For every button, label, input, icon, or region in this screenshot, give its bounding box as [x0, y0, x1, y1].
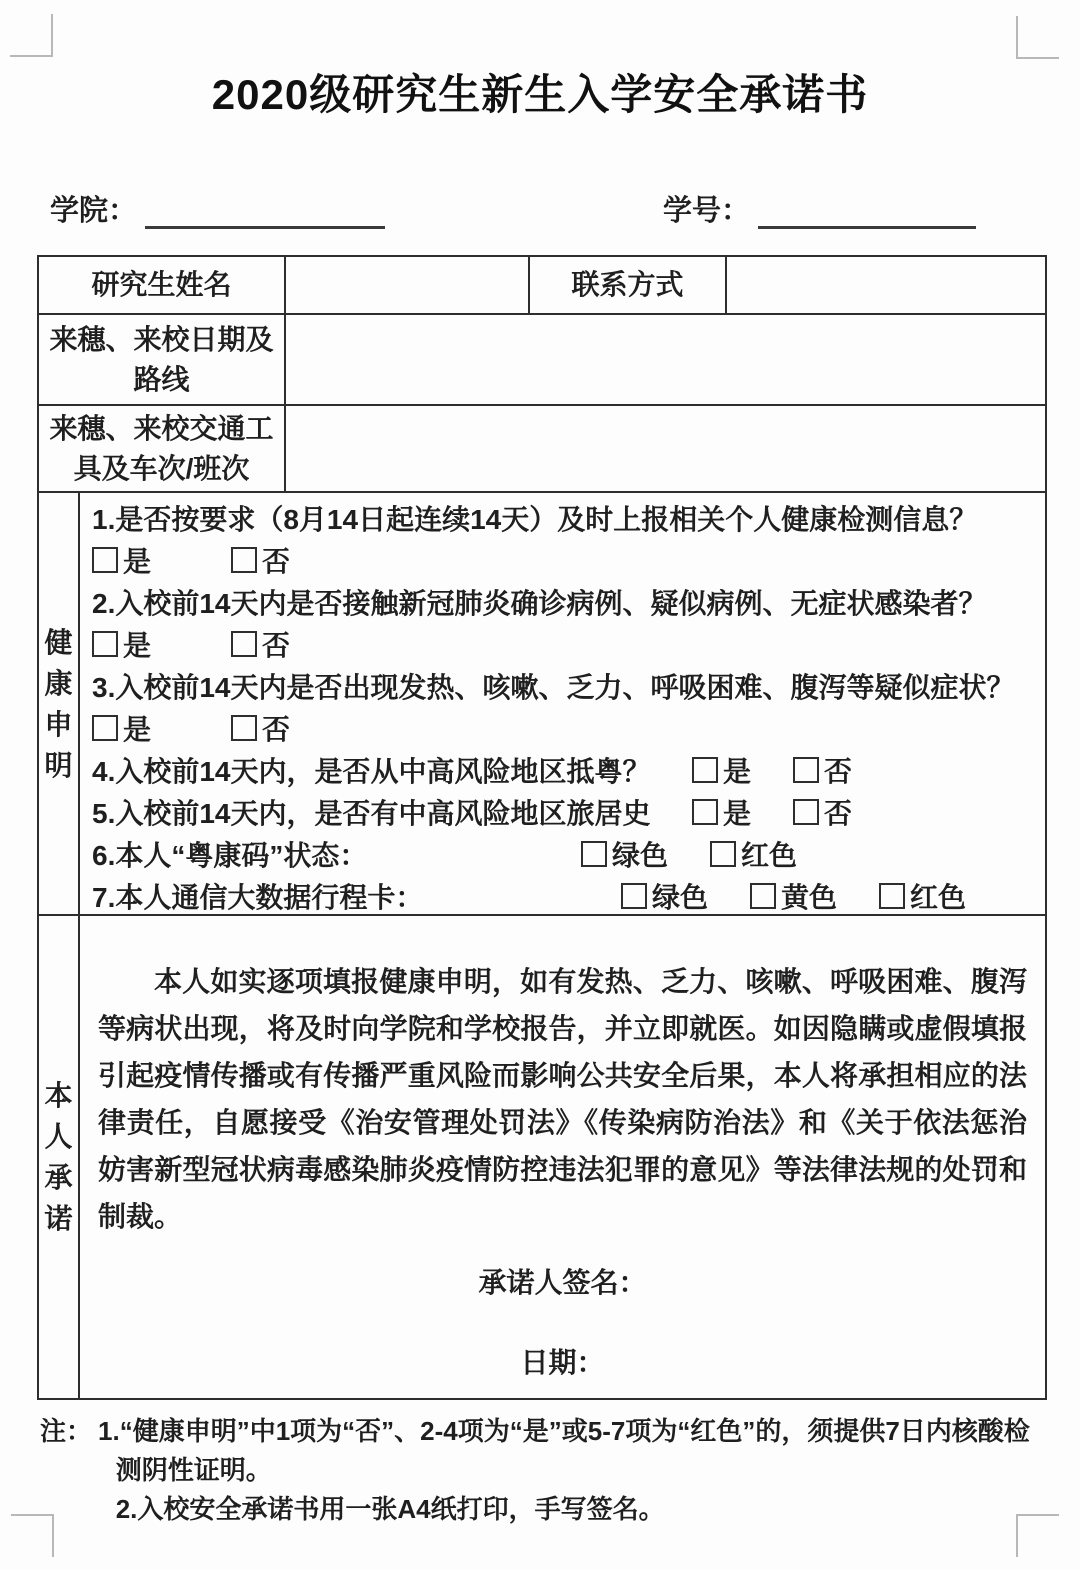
health-question-3-options: 是 否 — [92, 707, 1035, 749]
checkbox-icon[interactable] — [92, 631, 118, 657]
student-id-blank-line[interactable] — [758, 196, 976, 229]
option-label: 绿色 — [652, 876, 708, 916]
question-text: 1.是否按要求（8月14日起连续14天）及时上报相关个人健康检测信息？ — [92, 498, 977, 538]
question-text: 7.本人通信大数据行程卡： — [92, 876, 621, 916]
health-question-2: 2.入校前14天内是否接触新冠肺炎确诊病例、疑似病例、无症状感染者？ — [92, 581, 1035, 623]
commitment-cell: 本人如实逐项填报健康申明，如有发热、乏力、咳嗽、呼吸困难、腹泻等病状出现，将及时… — [80, 916, 1045, 1398]
transport-value-cell[interactable] — [286, 406, 1045, 491]
option-label: 否 — [262, 540, 290, 580]
college-field: 学院： — [50, 188, 385, 229]
option-yes: 是 — [92, 540, 151, 580]
checkbox-icon[interactable] — [750, 883, 776, 909]
option-no: 否 — [793, 792, 852, 832]
health-questions-cell: 1.是否按要求（8月14日起连续14天）及时上报相关个人健康检测信息？ 是 否 … — [80, 493, 1045, 914]
option-no: 否 — [231, 624, 290, 664]
name-label-cell: 研究生姓名 — [39, 257, 286, 313]
crop-mark-top-right — [1016, 16, 1059, 59]
contact-label-cell: 联系方式 — [530, 257, 727, 313]
student-id-label: 学号： — [663, 188, 750, 229]
option-green: 绿色 — [581, 834, 668, 874]
footnotes-block: 注： 1.“健康申明”中1项为“否”、2-4项为“是”或5-7项为“红色”的，须… — [40, 1412, 1052, 1529]
note-prefix: 注： — [40, 1412, 92, 1529]
health-question-2-options: 是 否 — [92, 623, 1035, 665]
question-text: 2.入校前14天内是否接触新冠肺炎确诊病例、疑似病例、无症状感染者？ — [92, 582, 987, 622]
name-value-cell[interactable] — [286, 257, 530, 313]
option-label: 红色 — [910, 876, 966, 916]
option-label: 是 — [723, 792, 751, 832]
checkbox-icon[interactable] — [793, 757, 819, 783]
option-label: 黄色 — [781, 876, 837, 916]
table-row-health-declaration: 健 康 申 明 1.是否按要求（8月14日起连续14天）及时上报相关个人健康检测… — [39, 493, 1045, 916]
option-yellow: 黄色 — [750, 876, 837, 916]
health-question-6: 6.本人“粤康码”状态： 绿色 红色 — [92, 833, 1035, 875]
option-yes: 是 — [692, 792, 751, 832]
checkbox-icon[interactable] — [692, 757, 718, 783]
health-question-5: 5.入校前14天内，是否有中高风险地区旅居史 是 否 — [92, 791, 1035, 833]
option-no: 否 — [231, 540, 290, 580]
commitment-section-label-cell: 本 人 承 诺 — [39, 916, 80, 1398]
question-text: 3.入校前14天内是否出现发热、咳嗽、乏力、呼吸困难、腹泻等疑似症状？ — [92, 666, 1015, 706]
checkbox-icon[interactable] — [231, 715, 257, 741]
date-label[interactable]: 日期： — [98, 1342, 1027, 1384]
option-label: 是 — [123, 540, 151, 580]
checkbox-icon[interactable] — [92, 547, 118, 573]
form-table: 研究生姓名 联系方式 来穗、来校日期及 路线 来穗、来校交通工 具及车次/班次 … — [37, 255, 1047, 1400]
arrival-date-value-cell[interactable] — [286, 315, 1045, 404]
college-label: 学院： — [50, 188, 137, 229]
option-no: 否 — [231, 708, 290, 748]
option-yes: 是 — [692, 750, 751, 790]
option-label: 否 — [824, 792, 852, 832]
crop-mark-top-left — [10, 14, 53, 57]
transport-label-cell: 来穗、来校交通工 具及车次/班次 — [39, 406, 286, 491]
note-item-2: 2.入校安全承诺书用一张A4纸打印，手写签名。 — [98, 1490, 1043, 1529]
checkbox-icon[interactable] — [581, 841, 607, 867]
document-page: 2020级研究生新生入学安全承诺书 学院： 学号： 研究生姓名 联系方式 来穗、… — [0, 0, 1080, 1569]
option-label: 是 — [123, 708, 151, 748]
checkbox-icon[interactable] — [92, 715, 118, 741]
checkbox-icon[interactable] — [692, 799, 718, 825]
question-text: 4.入校前14天内，是否从中高风险地区抵粤？ — [92, 750, 692, 790]
question-text: 6.本人“粤康码”状态： — [92, 834, 581, 874]
option-green: 绿色 — [621, 876, 708, 916]
option-label: 是 — [123, 624, 151, 664]
table-row-arrival-date: 来穗、来校日期及 路线 — [39, 315, 1045, 406]
checkbox-icon[interactable] — [793, 799, 819, 825]
commitment-paragraph: 本人如实逐项填报健康申明，如有发热、乏力、咳嗽、呼吸困难、腹泻等病状出现，将及时… — [98, 958, 1027, 1246]
health-section-label: 健 康 申 明 — [44, 622, 72, 786]
option-label: 红色 — [741, 834, 797, 874]
health-section-label-cell: 健 康 申 明 — [39, 493, 80, 914]
checkbox-icon[interactable] — [231, 631, 257, 657]
health-question-1-options: 是 否 — [92, 539, 1035, 581]
health-question-7: 7.本人通信大数据行程卡： 绿色 黄色 红色 — [92, 875, 1035, 917]
option-yes: 是 — [92, 624, 151, 664]
arrival-date-label-cell: 来穗、来校日期及 路线 — [39, 315, 286, 404]
contact-value-cell[interactable] — [727, 257, 1045, 313]
note-item-1: 1.“健康申明”中1项为“否”、2-4项为“是”或5-7项为“红色”的，须提供7… — [98, 1412, 1043, 1490]
option-no: 否 — [793, 750, 852, 790]
health-question-3: 3.入校前14天内是否出现发热、咳嗽、乏力、呼吸困难、腹泻等疑似症状？ — [92, 665, 1035, 707]
checkbox-icon[interactable] — [879, 883, 905, 909]
option-yes: 是 — [92, 708, 151, 748]
table-row-name-contact: 研究生姓名 联系方式 — [39, 257, 1045, 315]
option-label: 否 — [824, 750, 852, 790]
option-label: 否 — [262, 708, 290, 748]
option-red: 红色 — [879, 876, 966, 916]
table-row-transport: 来穗、来校交通工 具及车次/班次 — [39, 406, 1045, 493]
option-label: 是 — [723, 750, 751, 790]
checkbox-icon[interactable] — [621, 883, 647, 909]
health-question-1: 1.是否按要求（8月14日起连续14天）及时上报相关个人健康检测信息？ — [92, 497, 1035, 539]
question-text: 5.入校前14天内，是否有中高风险地区旅居史 — [92, 792, 692, 832]
option-label: 绿色 — [612, 834, 668, 874]
option-label: 否 — [262, 624, 290, 664]
commitment-section-label: 本 人 承 诺 — [44, 1075, 72, 1239]
signature-label[interactable]: 承诺人签名： — [98, 1262, 1027, 1304]
table-row-commitment: 本 人 承 诺 本人如实逐项填报健康申明，如有发热、乏力、咳嗽、呼吸困难、腹泻等… — [39, 916, 1045, 1398]
page-title: 2020级研究生新生入学安全承诺书 — [0, 62, 1080, 122]
option-red: 红色 — [710, 834, 797, 874]
checkbox-icon[interactable] — [710, 841, 736, 867]
student-id-field: 学号： — [663, 188, 976, 229]
checkbox-icon[interactable] — [231, 547, 257, 573]
college-blank-line[interactable] — [145, 196, 385, 229]
health-question-4: 4.入校前14天内，是否从中高风险地区抵粤？ 是 否 — [92, 749, 1035, 791]
